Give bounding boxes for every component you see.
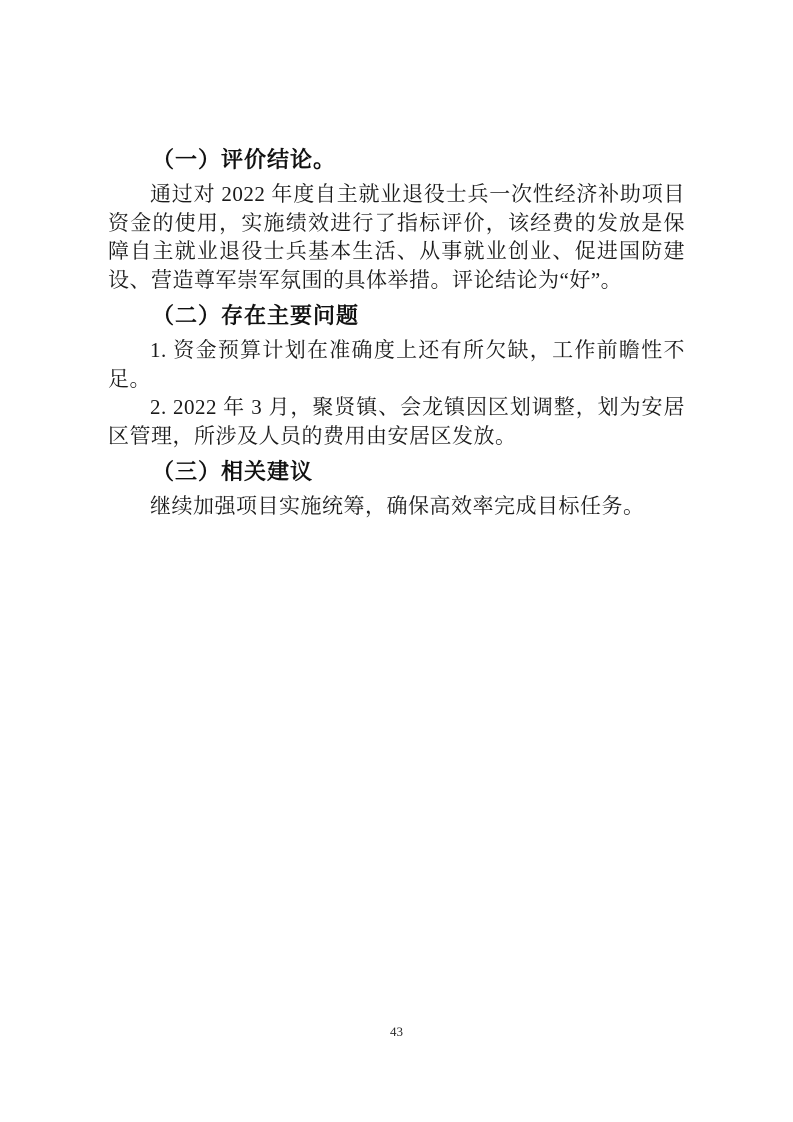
section-heading: （二）存在主要问题	[108, 302, 685, 330]
section-recommendations: （三）相关建议 继续加强项目实施统筹，确保高效率完成目标任务。	[108, 458, 685, 521]
paragraph-item-2: 2. 2022 年 3 月，聚贤镇、会龙镇因区划调整，划为安居区管理，所涉及人员…	[108, 393, 685, 450]
section-evaluation-conclusion: （一）评价结论。 通过对 2022 年度自主就业退役士兵一次性经济补助项目资金的…	[108, 146, 685, 294]
document-body: （一）评价结论。 通过对 2022 年度自主就业退役士兵一次性经济补助项目资金的…	[108, 146, 685, 521]
paragraph-item-1: 1. 资金预算计划在准确度上还有所欠缺，工作前瞻性不足。	[108, 336, 685, 393]
section-heading: （三）相关建议	[108, 458, 685, 486]
paragraph: 继续加强项目实施统筹，确保高效率完成目标任务。	[108, 492, 685, 521]
section-main-problems: （二）存在主要问题 1. 资金预算计划在准确度上还有所欠缺，工作前瞻性不足。 2…	[108, 302, 685, 450]
page-number: 43	[0, 1024, 793, 1040]
document-page: （一）评价结论。 通过对 2022 年度自主就业退役士兵一次性经济补助项目资金的…	[0, 0, 793, 1122]
paragraph: 通过对 2022 年度自主就业退役士兵一次性经济补助项目资金的使用，实施绩效进行…	[108, 180, 685, 294]
section-heading: （一）评价结论。	[108, 146, 685, 174]
